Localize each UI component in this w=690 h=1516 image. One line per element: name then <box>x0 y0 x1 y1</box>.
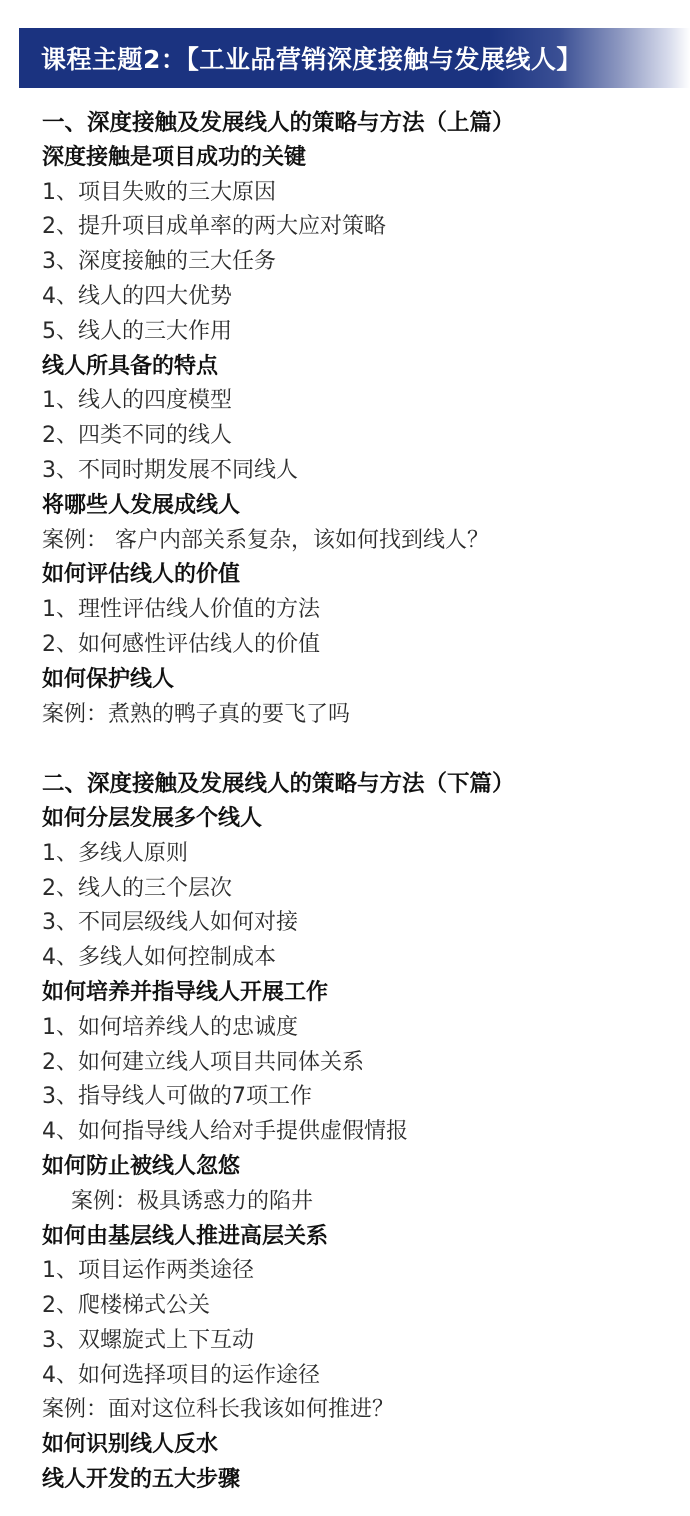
list-item: 2、提升项目成单率的两大应对策略 <box>42 210 682 245</box>
topic-heading: 将哪些人发展成线人 <box>42 489 682 524</box>
topic-heading: 深度接触是项目成功的关键 <box>42 141 682 176</box>
list-item: 3、指导线人可做的7项工作 <box>42 1080 682 1115</box>
list-item: 1、理性评估线人价值的方法 <box>42 593 682 628</box>
topic-heading: 线人开发的五大步骤 <box>42 1463 682 1498</box>
case-study: 案例：极具诱惑力的陷井 <box>42 1185 682 1220</box>
topic-heading: 线人所具备的特点 <box>42 350 682 385</box>
section-heading: 二、深度接触及发展线人的策略与方法（下篇） <box>42 767 682 802</box>
course-topic-title: 课程主题2：【工业品营销深度接触与发展线人】 <box>19 40 582 76</box>
list-item: 4、线人的四大优势 <box>42 280 682 315</box>
list-item: 3、双螺旋式上下互动 <box>42 1324 682 1359</box>
list-item: 4、多线人如何控制成本 <box>42 941 682 976</box>
section-spacer <box>42 732 682 767</box>
topic-heading: 如何保护线人 <box>42 663 682 698</box>
list-item: 2、如何感性评估线人的价值 <box>42 628 682 663</box>
case-study: 案例： 客户内部关系复杂，该如何找到线人？ <box>42 524 682 559</box>
list-item: 5、线人的三大作用 <box>42 315 682 350</box>
section-part-2: 二、深度接触及发展线人的策略与方法（下篇） 如何分层发展多个线人 1、多线人原则… <box>42 767 682 1498</box>
list-item: 3、不同时期发展不同线人 <box>42 454 682 489</box>
list-item: 2、如何建立线人项目共同体关系 <box>42 1046 682 1081</box>
list-item: 1、多线人原则 <box>42 837 682 872</box>
topic-heading: 如何防止被线人忽悠 <box>42 1150 682 1185</box>
course-outline: 一、深度接触及发展线人的策略与方法（上篇） 深度接触是项目成功的关键 1、项目失… <box>42 106 682 1498</box>
topic-heading: 如何培养并指导线人开展工作 <box>42 976 682 1011</box>
list-item: 1、项目失败的三大原因 <box>42 176 682 211</box>
list-item: 1、线人的四度模型 <box>42 384 682 419</box>
topic-heading: 如何识别线人反水 <box>42 1428 682 1463</box>
topic-heading: 如何由基层线人推进高层关系 <box>42 1220 682 1255</box>
case-study: 案例：面对这位科长我该如何推进？ <box>42 1393 682 1428</box>
course-topic-banner: 课程主题2：【工业品营销深度接触与发展线人】 <box>19 28 690 88</box>
list-item: 4、如何选择项目的运作途径 <box>42 1359 682 1394</box>
list-item: 2、爬楼梯式公关 <box>42 1289 682 1324</box>
list-item: 3、不同层级线人如何对接 <box>42 906 682 941</box>
list-item: 1、如何培养线人的忠诚度 <box>42 1011 682 1046</box>
list-item: 2、四类不同的线人 <box>42 419 682 454</box>
section-heading: 一、深度接触及发展线人的策略与方法（上篇） <box>42 106 682 141</box>
list-item: 1、项目运作两类途径 <box>42 1254 682 1289</box>
topic-heading: 如何评估线人的价值 <box>42 558 682 593</box>
section-part-1: 一、深度接触及发展线人的策略与方法（上篇） 深度接触是项目成功的关键 1、项目失… <box>42 106 682 732</box>
topic-heading: 如何分层发展多个线人 <box>42 802 682 837</box>
list-item: 4、如何指导线人给对手提供虚假情报 <box>42 1115 682 1150</box>
list-item: 3、深度接触的三大任务 <box>42 245 682 280</box>
list-item: 2、线人的三个层次 <box>42 872 682 907</box>
case-study: 案例：煮熟的鸭子真的要飞了吗 <box>42 698 682 733</box>
